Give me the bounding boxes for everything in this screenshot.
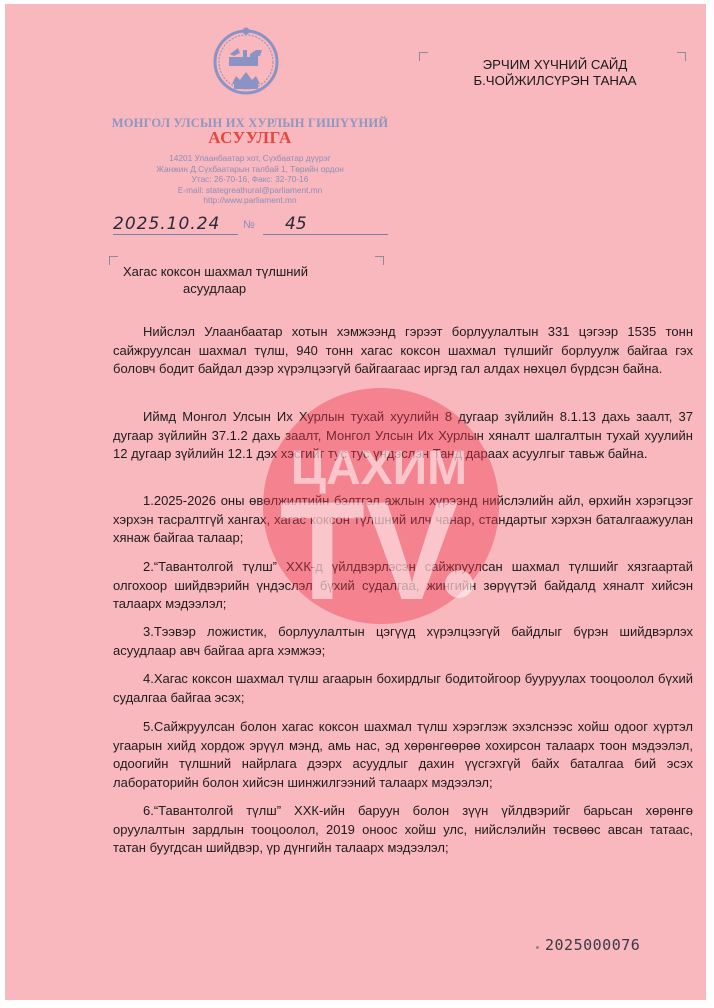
question-5: 5.Сайжруулсан болон хагас коксон шахмал … [113,718,693,792]
question-4: 4.Хагас коксон шахмал түлш агаарын бохир… [113,670,693,707]
question-3: 3.Тээвэр ложистик, борлуулалтын цэгүүд х… [113,623,693,660]
phone-line: Утас: 26-70-16, Факс: 32-70-16 [100,174,400,185]
handwritten-date: 2025.10.24 [113,214,233,234]
intro-paragraph: Нийслэл Улаанбаатар хотын хэмжээнд гэрээ… [113,323,693,379]
addressee-name: Б.ЧОЙЖИЛСҮРЭН ТАНАА [435,73,675,89]
corner-mark [677,52,686,61]
question-6: 6.“Таван­толгой түлш” ХХК-ийн баруун бол… [113,802,693,858]
number-label: № [243,219,255,231]
corner-mark [375,256,384,265]
mongolia-state-emblem-icon [210,26,282,98]
date-number-line: 2025.10.24 № 45 [113,214,393,236]
addressee-title: ЭРЧИМ ХҮЧНИЙ САЙД [435,57,675,73]
subject-line: асуудлаар [123,280,373,297]
number-underline [263,234,388,235]
address-line: 14201 Улаанбаатар хот, Сүхбаатар дүүрэг [100,153,400,164]
corner-mark [419,52,428,61]
address-line: Жанжин Д.Сүхбаатарын талбай 1, Төрийн ор… [100,164,400,175]
stamp-dot [536,946,539,949]
website-line: http://www.parliament.mn [100,195,400,206]
corner-mark [109,256,118,265]
letterhead-address: 14201 Улаанбаатар хот, Сүхбаатар дүүрэг … [100,153,400,206]
email-line: E-mail: stategreathural@parliament.mn [100,185,400,196]
registration-number-stamp: 2025000076 [545,936,640,954]
basis-paragraph: Иймд Монгол Улсын Их Хурлын тухай хуулий… [113,408,693,464]
addressee-block: ЭРЧИМ ХҮЧНИЙ САЙД Б.ЧОЙЖИЛСҮРЭН ТАНАА [435,57,675,89]
subject-block: Хагас коксон шахмал түлшний асуудлаар [123,263,373,297]
date-underline [113,234,238,235]
handwritten-number: 45 [285,214,345,234]
doc-type-title: АСУУЛГА [100,128,400,148]
question-1: 1.2025-2026 оны өвөлжилтийн бэлтгэл ажлы… [113,492,693,548]
subject-line: Хагас коксон шахмал түлшний [123,263,373,280]
question-2: 2.“Таван­толгой түлш” ХХК-д үйлдвэрлэсэн… [113,558,693,614]
document-page: МОНГОЛ УЛСЫН ИХ ХУРЛЫН ГИШҮҮНИЙ АСУУЛГА … [5,4,706,1000]
